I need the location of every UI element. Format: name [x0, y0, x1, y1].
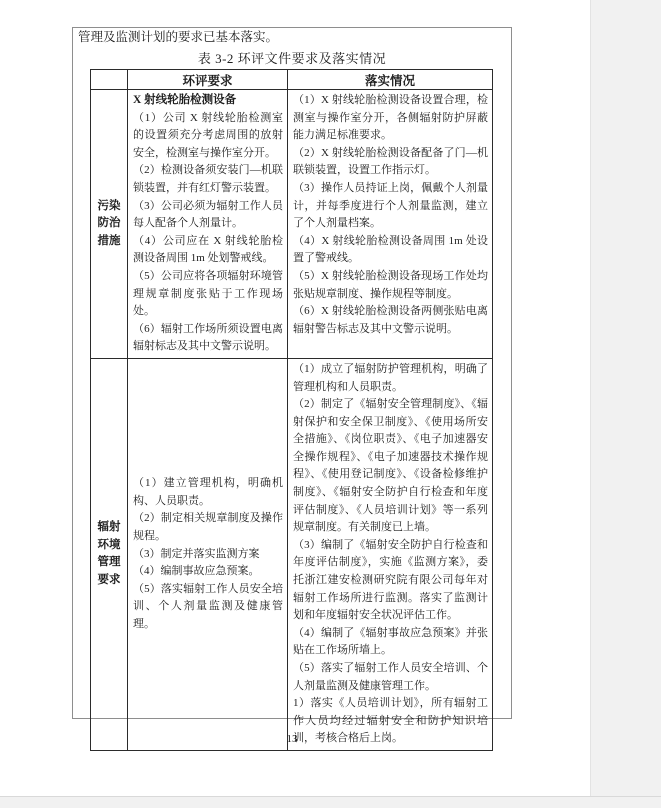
table-header-row: 环评要求 落实情况	[91, 70, 493, 90]
page-content-frame: 管理及监测计划的要求已基本落实。 表 3-2 环评文件要求及落实情况 环评要求 …	[72, 27, 512, 719]
header-cell-implementation: 落实情况	[288, 70, 493, 90]
document-viewer: 管理及监测计划的要求已基本落实。 表 3-2 环评文件要求及落实情况 环评要求 …	[0, 0, 661, 808]
row-category-label: 辐射 环境 管理 要求	[91, 358, 128, 750]
row-category-label: 污染 防治 措施	[91, 90, 128, 359]
viewer-gutter-right	[590, 0, 661, 808]
intro-paragraph: 管理及监测计划的要求已基本落实。	[78, 29, 278, 46]
requirement-cell: X 射线轮胎检测设备 （1）公司 X 射线轮胎检测室的设置须充分考虑周围的放射安…	[128, 90, 288, 359]
table-title: 表 3-2 环评文件要求及落实情况	[73, 48, 511, 67]
requirement-text: （1）公司 X 射线轮胎检测室的设置须充分考虑周围的放射安全，检测室与操作室分开…	[133, 110, 283, 356]
implementation-cell: （1）成立了辐射防护管理机构，明确了管理机构和人员职责。 （2）制定了《辐射安全…	[288, 358, 493, 750]
table-row-pollution-control: 污染 防治 措施 X 射线轮胎检测设备 （1）公司 X 射线轮胎检测室的设置须充…	[91, 90, 493, 359]
requirement-title: X 射线轮胎检测设备	[133, 92, 283, 110]
implementation-cell: （1）X 射线轮胎检测设备设置合理，检测室与操作室分开，各侧辐射防护屏蔽能力满足…	[288, 90, 493, 359]
viewer-gutter-bottom	[0, 796, 661, 808]
implementation-text: （1）成立了辐射防护管理机构，明确了管理机构和人员职责。 （2）制定了《辐射安全…	[293, 361, 488, 748]
requirement-cell: （1）建立管理机构，明确机构、人员职责。 （2）制定相关规章制度及操作规程。 （…	[128, 358, 288, 750]
page-number: 13	[72, 733, 512, 745]
header-cell-requirement: 环评要求	[128, 70, 288, 90]
header-cell-empty	[91, 70, 128, 90]
requirements-table: 环评要求 落实情况 污染 防治 措施 X 射线轮胎检测设备 （1）公司 X 射线…	[90, 69, 493, 751]
implementation-text: （1）X 射线轮胎检测设备设置合理，检测室与操作室分开，各侧辐射防护屏蔽能力满足…	[293, 92, 488, 338]
table-row-radiation-management: 辐射 环境 管理 要求 （1）建立管理机构，明确机构、人员职责。 （2）制定相关…	[91, 358, 493, 750]
requirement-text: （1）建立管理机构，明确机构、人员职责。 （2）制定相关规章制度及操作规程。 （…	[133, 475, 283, 633]
